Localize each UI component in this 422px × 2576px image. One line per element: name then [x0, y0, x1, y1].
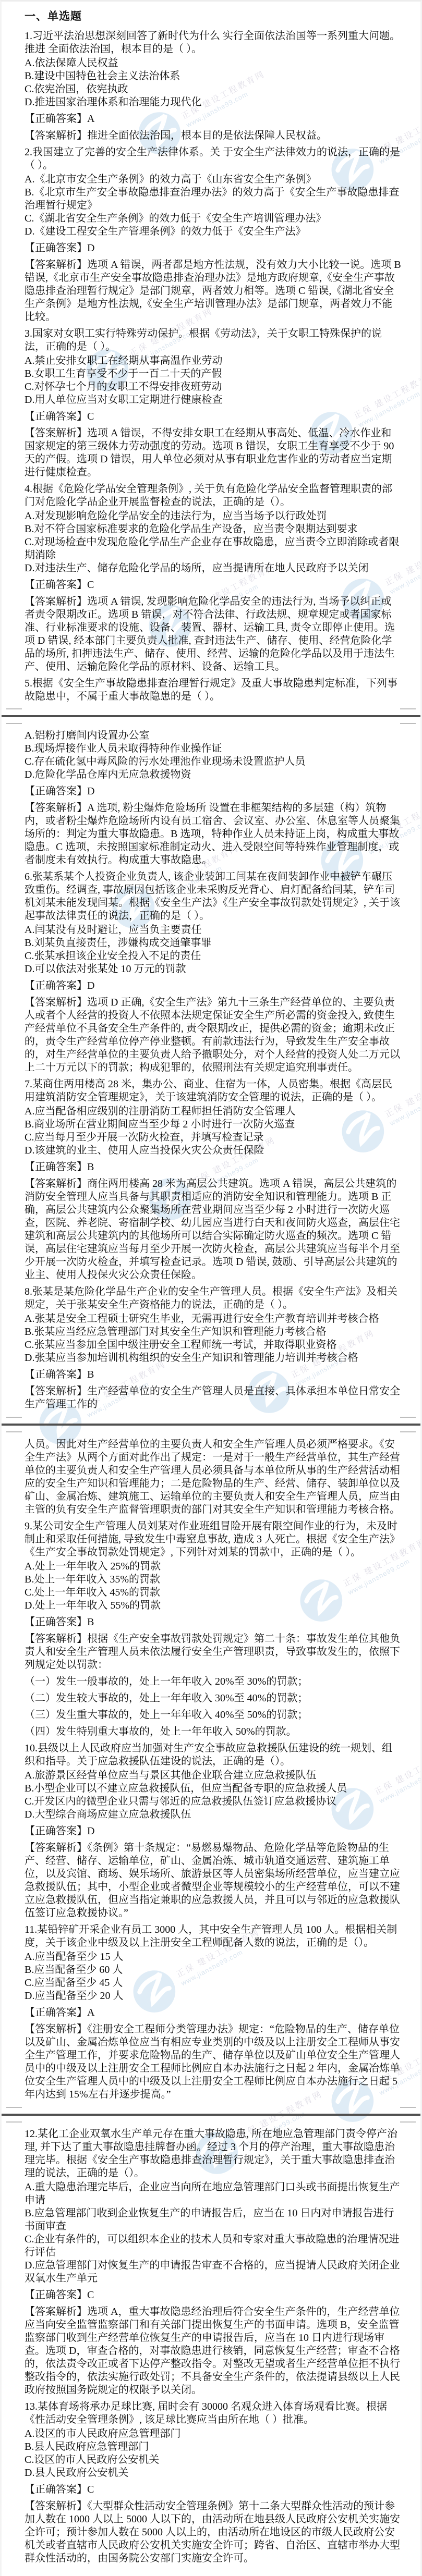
question-stem: 9.某公司安全生产管理人员刘某对作业班组冒险开展有限空间作业的行为，未及时制止和…	[25, 1520, 402, 1559]
question-stem: 12.某化工企业双氧水生产单元存在重大事故隐患, 所在地应急管理部门责令停产治理…	[25, 2128, 402, 2180]
answer-option: B.刘某负直接责任，涉嫌构成交通肇事罪	[25, 937, 402, 950]
question-block: 5.根据《安全生产事故隐患排查治理暂行规定》及重大事故隐患判定标准，下列事故隐患…	[25, 677, 402, 867]
analysis-label: 【答案解析】	[25, 2023, 87, 2035]
analysis-paragraph: 【答案解析】选项 A 错误, 发现影响危险化学品安全的违法行为, 当场予以纠正或…	[25, 595, 402, 673]
analysis-label: 【答案解析】	[25, 2306, 87, 2317]
answer-option: C.企业有条件的，可以组织本企业的技术人员和专家对重大事故隐患的治理情况进行评估	[25, 2233, 402, 2259]
answer-option: D.用人单位应当对女职工定期进行健康检查	[25, 394, 402, 407]
page-break	[0, 1415, 422, 1434]
correct-answer-line: 【正确答案】B	[25, 1161, 402, 1174]
analysis-label: 【答案解析】	[25, 130, 87, 141]
correct-answer-line: 【正确答案】C	[25, 2483, 402, 2496]
answer-option: A.对发现影响危险化学品安全的违法行为，应当当场予以行政处罚	[25, 510, 402, 523]
correct-answer-label: 【正确答案】	[25, 2007, 87, 2018]
answer-option: D.推进国家治理体系和治理能力现代化	[25, 96, 402, 109]
page-margin-mark	[400, 2121, 416, 2123]
question-stem: 1.习近平法治思想深刻回答了新时代为什么 实行全面依法治国等一系列重大问题。推进…	[25, 30, 402, 56]
answer-option: D.对违法生产、储存危险化学品的场所，应当提请所在地人民政府予以关闭	[25, 562, 402, 575]
answer-option: A.依法保障人民权益	[25, 57, 402, 70]
analysis-text: 选项 D 正确,《安全生产法》第九十三条生产经营单位的、主要负责人或者个人经营的…	[25, 997, 400, 1073]
answer-option: A.应当配备相应级别的注册消防工程师担任消防安全管理人	[25, 1105, 402, 1118]
correct-answer-label: 【正确答案】	[25, 579, 87, 591]
correct-answer-line: 【正确答案】C	[25, 410, 402, 423]
question-block: 9.某公司安全生产管理人员刘某对作业班组冒险开展有限空间作业的行为，未及时制止和…	[25, 1520, 402, 1738]
answer-option: C.依宪治国，依宪执政	[25, 83, 402, 96]
analysis-text: 商住两用楼高 28 米为高层公共建筑。选项 A 错误，高层公共建筑的消防安全管理…	[25, 1178, 400, 1281]
page-break	[0, 2105, 422, 2125]
answer-option: D.危险化学品仓库内无应急救援物资	[25, 768, 402, 781]
analysis-paragraph: 【答案解析】《大型群众性活动安全管理条例》第十二条大型群众性活动的预计参加人数在…	[25, 2500, 402, 2565]
answer-option: B.县人民政府应急管理部门	[25, 2440, 402, 2454]
correct-answer-label: 【正确答案】	[25, 786, 87, 797]
page-margin-mark	[400, 1417, 416, 1418]
answer-option: C.处上一年年收入 45%的罚款	[25, 1586, 402, 1599]
answer-option: B.商业场所在营业期间应当至少每 2 小时进行一次防火巡查	[25, 1118, 402, 1131]
answer-option: B.女职工生育享受不少于一百二十天的产假	[25, 367, 402, 381]
correct-answer-line: 【正确答案】D	[25, 785, 402, 798]
page-title: 一、单选题	[25, 8, 402, 23]
analysis-paragraph: 【答案解析】选项 A 错误，两者都是地方性法规，没有效力大小比较一说。选项 B …	[25, 259, 402, 324]
analysis-label: 【答案解析】	[25, 596, 87, 607]
answer-option: A.张某是安全工程硕士研究生毕业，无需再进行安全生产教育培训并考核合格	[25, 1312, 402, 1326]
correct-answer-label: 【正确答案】	[25, 1369, 87, 1380]
analysis-text: 选项 A 错误, 发现影响危险化学品安全的违法行为, 当场予以纠正或者责令限期改…	[25, 596, 395, 672]
question-block: 11.某铅锌矿开采企业有员工 3000 人，其中安全生产管理人员 100 人。根…	[25, 1923, 402, 2101]
question-block: 3.国家对女职工实行特殊劳动保护。根据《劳动法》，关于女职工特殊保护的说法，正确…	[25, 327, 402, 479]
analysis-paragraph: 【答案解析】选项 D 正确,《安全生产法》第九十三条生产经营单位的、主要负责人或…	[25, 996, 402, 1074]
analysis-text: 选项 A，重大事故隐患经治理后符合安全生产条件的，生产经营单位应当向安全监管监察…	[25, 2306, 400, 2396]
analysis-label: 【答案解析】	[25, 259, 87, 271]
analysis-label: 【答案解析】	[25, 1178, 87, 1189]
question-stem: 13.某体育场将承办足球比赛, 届时会有 30000 名观众进入体育场观看比赛。…	[25, 2400, 402, 2426]
page-break-rule	[0, 715, 422, 717]
answer-option: A.闫某没有及时避让，应当负主要责任	[25, 924, 402, 937]
answer-option: C.开发区内的微型企业只需与邻近的应急救援队伍签订应急救援协议	[25, 1795, 402, 1808]
page-margin-mark	[400, 1431, 416, 1432]
answer-option: B.处上一年年收入 35%的罚款	[25, 1573, 402, 1586]
answer-option: B.张某应当经应急管理部门对其安全生产知识和管理能力考核合格	[25, 1326, 402, 1339]
correct-answer-value: B	[87, 1161, 94, 1173]
correct-answer-line: 【正确答案】C	[25, 2289, 402, 2302]
answer-option: B.《北京市生产安全事故隐患排查治理办法》的效力高于《安全生产事故隐患排查治理暂…	[25, 186, 402, 212]
analysis-label: 【答案解析】	[25, 997, 87, 1008]
question-block: 4.根据《危险化学品安全管理条例》, 关于负有危险化学品安全监督管理职责的部门对…	[25, 483, 402, 673]
question-block: 1.习近平法治思想深刻回答了新时代为什么 实行全面依法治国等一系列重大问题。推进…	[25, 30, 402, 142]
question-block: 12.某化工企业双氧水生产单元存在重大事故隐患, 所在地应急管理部门责令停产治理…	[25, 2128, 402, 2397]
answer-option: D.该建筑的业主、使用人应当投保火灾公众责任保险	[25, 1144, 402, 1157]
question-stem: 7.某商住两用楼高 28 米，集办公、商业、住宿为一体，人员密集。根据《高层民用…	[25, 1078, 402, 1104]
page-break-rule	[0, 2114, 422, 2116]
correct-answer-label: 【正确答案】	[25, 1825, 87, 1837]
correct-answer-value: C	[87, 2289, 94, 2301]
correct-answer-value: A	[87, 2007, 94, 2018]
page-margin-mark	[6, 1431, 22, 1432]
page-margin-mark	[6, 2107, 22, 2108]
correct-answer-line: 【正确答案】D	[25, 979, 402, 992]
page-margin-mark	[6, 2121, 22, 2123]
correct-answer-line: 【正确答案】B	[25, 1616, 402, 1629]
analysis-label: 【答案解析】	[25, 2500, 87, 2512]
analysis-paragraph: 【答案解析】选项 A 错误，不得安排女职工在经期从事高处、低温、冷水作业和国家规…	[25, 427, 402, 479]
answer-option: A.重大隐患治理完毕后，企业应当向所在地应急管理部门口头或书面提出恢复生产申请	[25, 2181, 402, 2207]
analysis-label: 【答案解析】	[25, 427, 87, 439]
analysis-paragraph: （一）发生一般事故的，处上一年年收入 20%至 30%的罚款；	[25, 1675, 402, 1688]
correct-answer-value: D	[87, 786, 94, 797]
question-stem: 5.根据《安全生产事故隐患排查治理暂行规定》及重大事故隐患判定标准，下列事故隐患…	[25, 677, 402, 703]
question-block: 13.某体育场将承办足球比赛, 届时会有 30000 名观众进入体育场观看比赛。…	[25, 2400, 402, 2565]
answer-option: B.小型企业可以不建立应急救援队伍，但应当配备专职的应急救援人员	[25, 1782, 402, 1795]
analysis-paragraph: 人员。因此对生产经营单位的主要负责人和安全生产管理人员必须严格要求。《安全生产法…	[25, 1438, 402, 1516]
answer-option: C.张某应当参加全国中级注册安全工程师统一考试，并取得职业资格	[25, 1339, 402, 1352]
analysis-paragraph: （二）发生较大事故的，处上一年年收入 30%至 40%的罚款；	[25, 1692, 402, 1705]
question-list: 1.习近平法治思想深刻回答了新时代为什么 实行全面依法治国等一系列重大问题。推进…	[25, 30, 402, 2565]
analysis-paragraph: 【答案解析】A 选项, 粉尘爆炸危险场所 设置在非框架结构的多层建（构）筑物内，…	[25, 802, 402, 867]
correct-answer-value: D	[87, 980, 94, 991]
correct-answer-value: D	[87, 242, 94, 254]
correct-answer-label: 【正确答案】	[25, 242, 87, 254]
answer-option: D.《建设工程安全生产管理条例》的效力低于《安全生产法》	[25, 225, 402, 238]
answer-option: A.旅游景区经营单位应当与景区其他企业联合建立应急救援队伍	[25, 1769, 402, 1782]
correct-answer-value: D	[87, 1825, 94, 1837]
correct-answer-value: C	[87, 411, 94, 422]
analysis-label: 【答案解析】	[25, 1385, 87, 1397]
exam-document: 正保 建设工程教育网www.jianshe99.com正保 建设工程教育网www…	[0, 0, 422, 2576]
correct-answer-line: 【正确答案】A	[25, 113, 402, 126]
answer-option: A.应当配备至少 15 人	[25, 1951, 402, 1964]
analysis-paragraph: 【答案解析】《条例》第十条规定：“易燃易爆物品、危险化学品等危险物品的生产、经营…	[25, 1842, 402, 1920]
correct-answer-line: 【正确答案】B	[25, 1368, 402, 1381]
correct-answer-line: 【正确答案】C	[25, 579, 402, 592]
answer-option: C.对怀孕七个月的女职工不得安排夜班劳动	[25, 381, 402, 394]
correct-answer-label: 【正确答案】	[25, 2484, 87, 2495]
question-stem: 6.张某系某个人投资企业负责人, 该企业装卸工闫某在夜间装卸作业中被铲车碾压致重…	[25, 870, 402, 923]
answer-option: C.张某承担该企业安全投入不足的责任	[25, 950, 402, 963]
question-block: 2.我国建立了完善的安全生产法律体系。关 于安全生产法律效力的说法，正确的是（ …	[25, 146, 402, 324]
answer-option: C.应当每月至少开展一次防火检查，并填写检查记录	[25, 1131, 402, 1144]
question-stem: 4.根据《危险化学品安全管理条例》, 关于负有危险化学品安全监督管理职责的部门对…	[25, 483, 402, 509]
page-break	[0, 706, 422, 726]
answer-option: D.应当配备至少 20 人	[25, 1990, 402, 2003]
answer-option: D.大型综合商场应建立应急救援队伍	[25, 1808, 402, 1821]
correct-answer-label: 【正确答案】	[25, 2289, 87, 2301]
question-block: 7.某商住两用楼高 28 米，集办公、商业、住宿为一体，人员密集。根据《高层民用…	[25, 1078, 402, 1282]
answer-option: B.应急管理部门收到企业恢复生产的申请报告后，应当在 10 日内对申请报告进行书…	[25, 2207, 402, 2233]
answer-option: D.应急管理部门对恢复生产的申请报告审查不合格的，应当提请人民政府关闭企业双氧水…	[25, 2259, 402, 2285]
question-block: 10.县级以上人民政府应当加强对生产安全事故应急救援队伍建设的统一规划、组织和指…	[25, 1742, 402, 1920]
analysis-paragraph: 【答案解析】选项 A，重大事故隐患经治理后符合安全生产条件的，生产经营单位应当向…	[25, 2305, 402, 2397]
answer-option: D.处上一年年收入 55%的罚款	[25, 1599, 402, 1612]
question-stem: 8.张某是某危险化学品生产企业的安全生产管理人员。根据《安全生产法》及相关规定，…	[25, 1285, 402, 1311]
answer-option: A.处上一年年收入 25%的罚款	[25, 1560, 402, 1573]
page-break-rule	[0, 1424, 422, 1426]
question-stem: 2.我国建立了完善的安全生产法律体系。关 于安全生产法律效力的说法，正确的是（ …	[25, 146, 402, 172]
analysis-text: 推进全面依法治国，根本目的是依法保障人民权益。	[87, 130, 327, 141]
answer-option: A.《北京市安全生产条例》的效力高于《山东省安全生产条例》	[25, 173, 402, 186]
correct-answer-value: B	[87, 1369, 94, 1380]
correct-answer-value: B	[87, 1616, 94, 1628]
correct-answer-value: A	[87, 113, 94, 125]
answer-option: A.铝粉打磨间内设置办公室	[25, 729, 402, 742]
page-margin-mark	[400, 708, 416, 709]
page-margin-mark	[400, 723, 416, 724]
analysis-paragraph: （四）发生特别重大事故的，处上一年年收入 50%的罚款。	[25, 1725, 402, 1738]
correct-answer-label: 【正确答案】	[25, 1161, 87, 1173]
question-stem: 10.县级以上人民政府应当加强对生产安全事故应急救援队伍建设的统一规划、组织和指…	[25, 1742, 402, 1768]
question-stem: 3.国家对女职工实行特殊劳动保护。根据《劳动法》，关于女职工特殊保护的说法，正确…	[25, 327, 402, 353]
analysis-text: 《条例》第十条规定：“易燃易爆物品、危险化学品等危险物品的生产、经营、储存、运输…	[25, 1842, 400, 1919]
answer-option: D.可以依法对张某处 10 万元的罚款	[25, 963, 402, 976]
answer-option: B.应当配备至少 60 人	[25, 1964, 402, 1977]
answer-option: B.建设中国特色社会主义法治体系	[25, 70, 402, 83]
document-content: 一、单选题 1.习近平法治思想深刻回答了新时代为什么 实行全面依法治国等一系列重…	[25, 8, 402, 2565]
answer-option: A.设区的市人民政府应急管理部门	[25, 2427, 402, 2440]
question-block: 8.张某是某危险化学品生产企业的安全生产管理人员。根据《安全生产法》及相关规定，…	[25, 1285, 402, 1516]
analysis-label: 【答案解析】	[25, 1633, 87, 1645]
question-block: 6.张某系某个人投资企业负责人, 该企业装卸工闫某在夜间装卸作业中被铲车碾压致重…	[25, 870, 402, 1074]
analysis-text: 《注册安全工程师分类管理办法》规定：“危险物品的生产、储存单位以及矿山、金属冶炼…	[25, 2023, 400, 2100]
analysis-label: 【答案解析】	[25, 802, 87, 814]
answer-option: B.对不符合国家标准要求的危险化学品生产设备，应当责令限期达到要求	[25, 523, 402, 536]
answer-option: D.县人民政府公安机关	[25, 2467, 402, 2480]
page-margin-mark	[6, 1417, 22, 1418]
answer-option: D.张某应当参加培训机构组织的安全生产知识和管理能力培训并考核合格	[25, 1352, 402, 1365]
answer-option: B.现场焊接作业人员未取得特种作业操作证	[25, 742, 402, 755]
analysis-paragraph: 【答案解析】商住两用楼高 28 米为高层公共建筑。选项 A 错误，高层公共建筑的…	[25, 1177, 402, 1282]
page-margin-mark	[6, 723, 22, 724]
page-margin-mark	[6, 708, 22, 709]
correct-answer-value: C	[87, 579, 94, 591]
correct-answer-label: 【正确答案】	[25, 113, 87, 125]
correct-answer-value: C	[87, 2484, 94, 2495]
analysis-paragraph: 【答案解析】《注册安全工程师分类管理办法》规定：“危险物品的生产、储存单位以及矿…	[25, 2023, 402, 2101]
question-stem: 11.某铅锌矿开采企业有员工 3000 人，其中安全生产管理人员 100 人。根…	[25, 1923, 402, 1949]
answer-option: C.对现场检查中发现危险化学品生产企业存在事故隐患，应当责令立即消除或者限期消除	[25, 536, 402, 562]
answer-option: A.禁止安排女职工在经期从事高温作业劳动	[25, 354, 402, 367]
correct-answer-label: 【正确答案】	[25, 411, 87, 422]
analysis-paragraph: 【答案解析】推进全面依法治国，根本目的是依法保障人民权益。	[25, 129, 402, 142]
correct-answer-label: 【正确答案】	[25, 1616, 87, 1628]
analysis-paragraph: 【答案解析】生产经营单位的安全生产管理人员是直接、具体承担本单位日常安全生产管理…	[25, 1385, 402, 1411]
answer-option: C.应当配备至少 45 人	[25, 1977, 402, 1990]
page-margin-mark	[400, 2107, 416, 2108]
correct-answer-label: 【正确答案】	[25, 980, 87, 991]
correct-answer-line: 【正确答案】D	[25, 1825, 402, 1838]
answer-option: C.设区的市人民政府公安机关	[25, 2454, 402, 2467]
analysis-paragraph: 【答案解析】根据《生产安全事故罚款处罚规定》第二十条：事故发生单位其他负责人和安…	[25, 1633, 402, 1672]
analysis-paragraph: （三）发生重大事故的，处上一年年收入 40%至 50%的罚款；	[25, 1709, 402, 1722]
analysis-label: 【答案解析】	[25, 1842, 87, 1854]
correct-answer-line: 【正确答案】A	[25, 2006, 402, 2019]
correct-answer-line: 【正确答案】D	[25, 242, 402, 255]
answer-option: C.存在硫化氢中毒风险的污水处理池作业现场未设置监护人员	[25, 755, 402, 768]
answer-option: C.《湖北省安全生产条例》的效力低于《安全生产培训管理办法》	[25, 212, 402, 225]
